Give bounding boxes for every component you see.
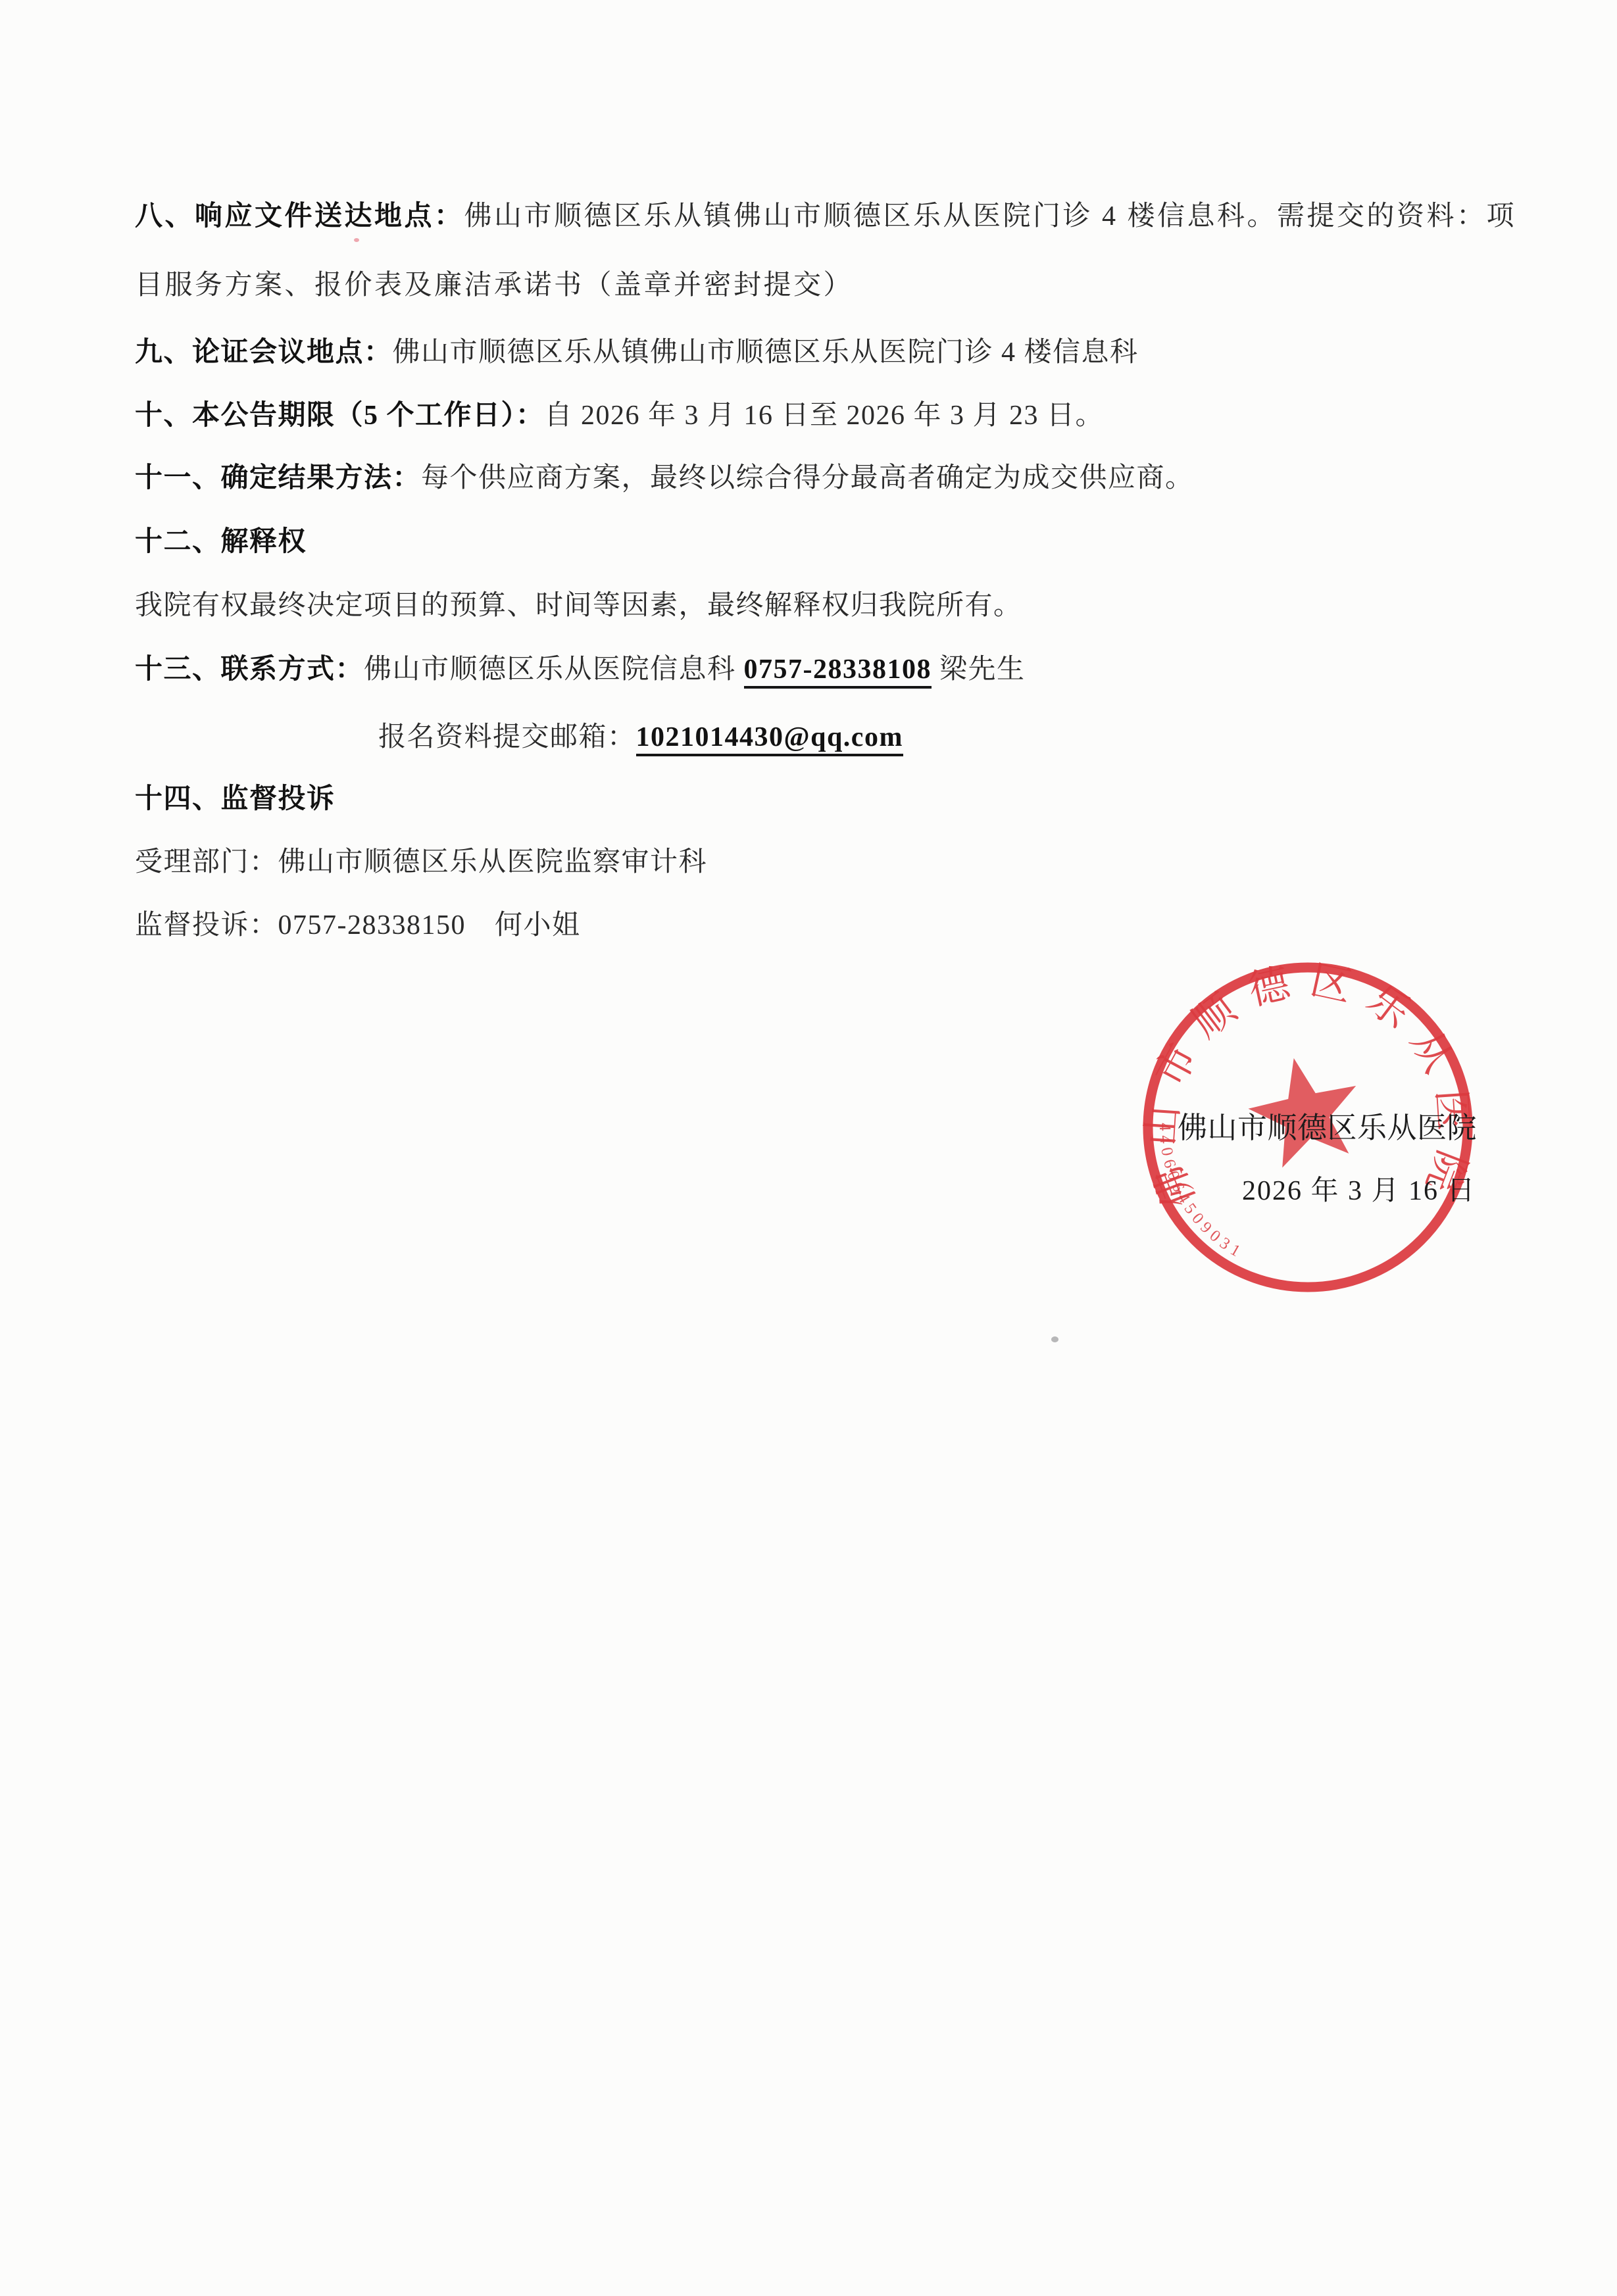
contact-phone: 0757-28338108 <box>744 654 932 689</box>
doc-line-8: 八、响应文件送达地点：佛山市顺德区乐从镇佛山市顺德区乐从医院门诊 4 楼信息科。… <box>135 199 1516 234</box>
email-address: 1021014430@qq.com <box>636 722 903 756</box>
signature-date: 2026 年 3 月 16 日 <box>1242 1169 1476 1208</box>
doc-line-dept: 受理部门：佛山市顺德区乐从医院监察审计科 <box>135 845 707 880</box>
line-12-content: 我院有权最终决定项目的预算、时间等因素，最终解释权归我院所有。 <box>135 591 1022 621</box>
email-label: 报名资料提交邮箱： <box>378 722 636 752</box>
line-11-content: 每个供应商方案，最终以综合得分最高者确定为成交供应商。 <box>421 463 1194 493</box>
doc-line-12: 十二、解释权 <box>135 525 307 560</box>
heading-12: 十二、解释权 <box>135 527 307 557</box>
supervise-person: 何小姐 <box>495 910 581 940</box>
doc-line-9: 九、论证会议地点：佛山市顺德区乐从镇佛山市顺德区乐从医院门诊 4 楼信息科 <box>135 335 1139 370</box>
doc-line-11: 十一、确定结果方法：每个供应商方案，最终以综合得分最高者确定为成交供应商。 <box>135 461 1194 496</box>
line-8-content: 佛山市顺德区乐从镇佛山市顺德区乐从医院门诊 4 楼信息科。需提交的资料：项 <box>464 201 1517 232</box>
line-8-content-2: 目服务方案、报价表及廉洁承诺书（盖章并密封提交） <box>135 270 853 301</box>
document-page: 八、响应文件送达地点：佛山市顺德区乐从镇佛山市顺德区乐从医院门诊 4 楼信息科。… <box>0 0 1617 2296</box>
doc-line-supervise: 监督投诉：0757-28338150何小姐 <box>135 908 581 943</box>
line-13-content: 佛山市顺德区乐从医院信息科 <box>364 654 744 685</box>
dept-content: 受理部门：佛山市顺德区乐从医院监察审计科 <box>135 847 707 877</box>
line-9-content: 佛山市顺德区乐从镇佛山市顺德区乐从医院门诊 4 楼信息科 <box>393 337 1139 368</box>
doc-line-10: 十、本公告期限（5 个工作日）：自 2026 年 3 月 16 日至 2026 … <box>135 399 1104 433</box>
heading-11: 十一、确定结果方法： <box>135 463 421 493</box>
heading-9: 九、论证会议地点： <box>135 337 393 368</box>
heading-14: 十四、监督投诉 <box>135 784 336 814</box>
heading-8: 八、响应文件送达地点： <box>135 201 464 232</box>
doc-line-8-cont: 目服务方案、报价表及廉洁承诺书（盖章并密封提交） <box>135 268 853 303</box>
doc-line-13: 十三、联系方式：佛山市顺德区乐从医院信息科 0757-28338108 梁先生 <box>135 652 1026 687</box>
supervise-phone: 监督投诉：0757-28338150 <box>135 910 466 940</box>
doc-line-12-body: 我院有权最终决定项目的预算、时间等因素，最终解释权归我院所有。 <box>135 589 1022 623</box>
scan-speck-gray <box>1051 1336 1058 1342</box>
doc-line-14: 十四、监督投诉 <box>135 782 336 817</box>
heading-10: 十、本公告期限（5 个工作日）： <box>135 401 545 431</box>
scan-speck-red <box>354 238 359 242</box>
line-10-content: 自 2026 年 3 月 16 日至 2026 年 3 月 23 日。 <box>545 401 1105 431</box>
contact-person: 梁先生 <box>932 654 1026 685</box>
signature-org: 佛山市顺德区乐从医院 <box>1178 1104 1477 1146</box>
heading-13: 十三、联系方式： <box>135 654 364 685</box>
doc-line-email: 报名资料提交邮箱：1021014430@qq.com <box>378 720 903 755</box>
